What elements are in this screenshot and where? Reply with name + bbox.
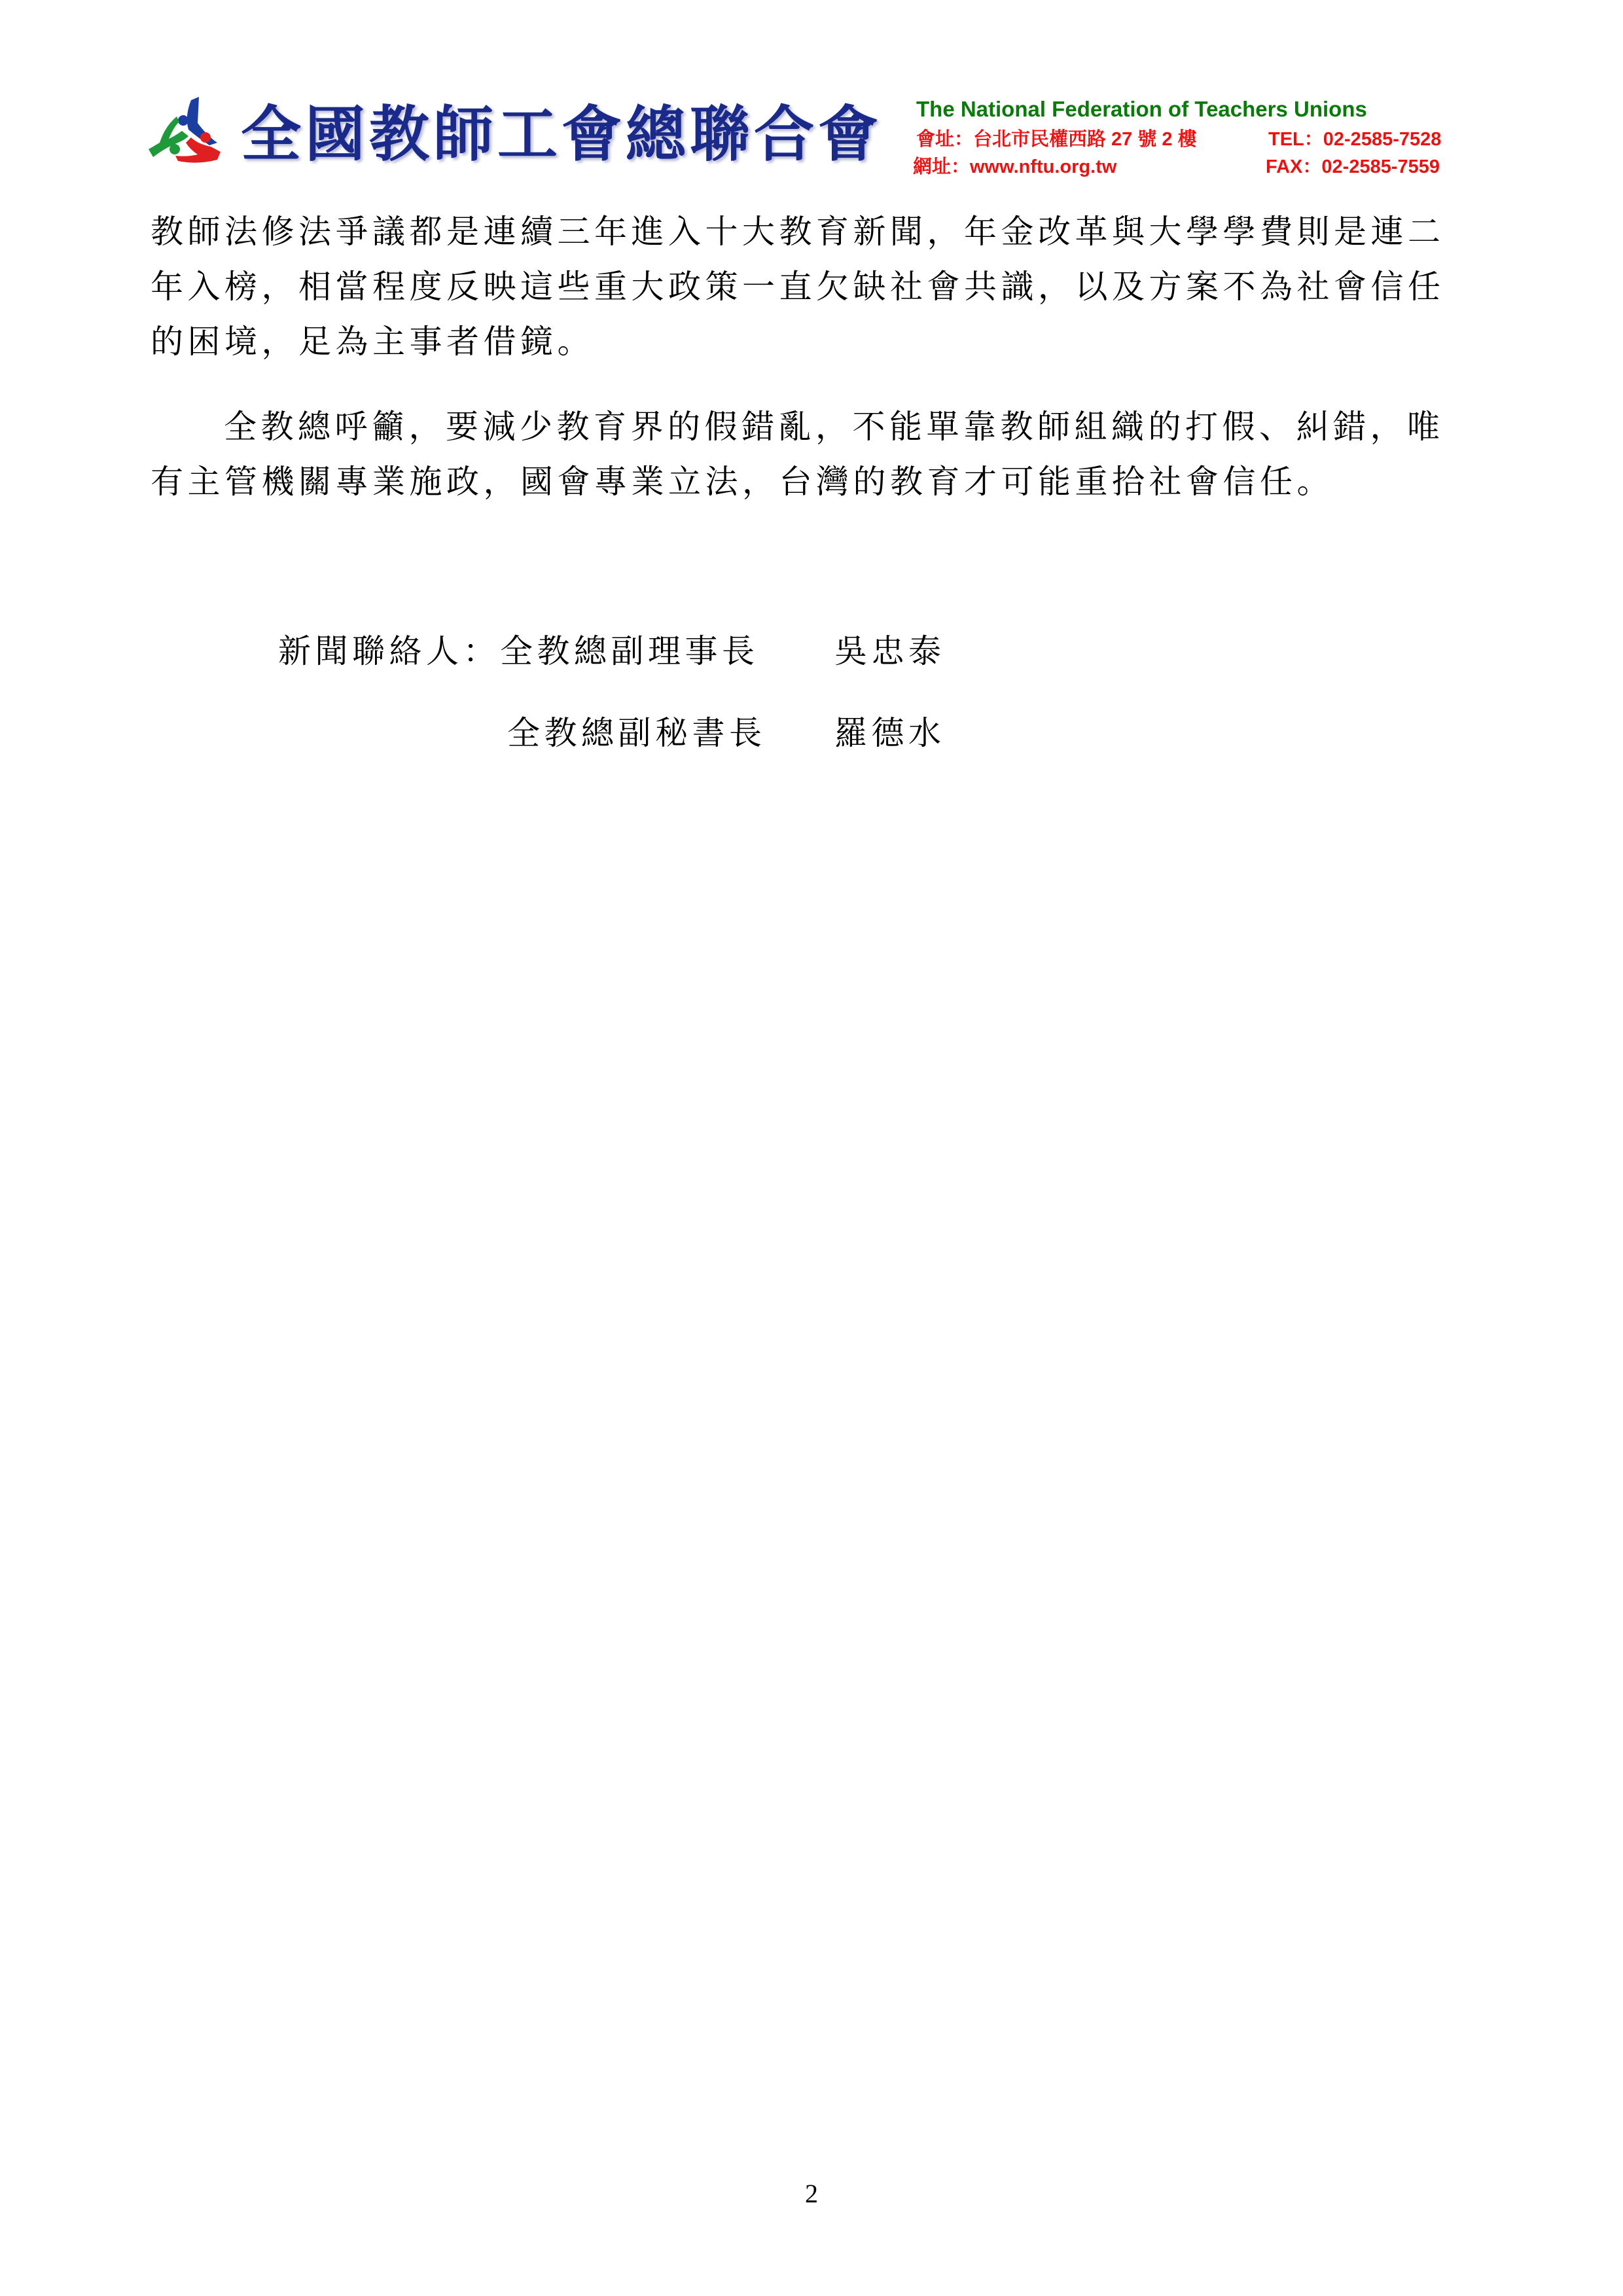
page-number: 2 [0,2178,1623,2209]
contact-row: 新聞聯絡人：全教總副理事長 [278,625,759,672]
org-name-zh: 全國教師工會總聯合會 [241,98,882,170]
letterhead: 全國教師工會總聯合會 The National Federation of Te… [0,0,1623,190]
contact-name: 羅德水 [834,707,946,754]
body-paragraph: 全教總呼籲，要減少教育界的假錯亂，不能單靠教師組織的打假、糾錯，唯有主管機關專業… [151,399,1479,509]
address: 會址：台北市民權西路 27 號 2 樓 [916,124,1197,151]
contact-title: 全教總副理事長 [500,632,759,670]
contact-label: 新聞聯絡人： [278,632,500,670]
three-figures-logo-icon [145,97,224,169]
fax: FAX：02-2585-7559 [1266,152,1440,179]
paragraph-text: 全教總呼籲，要減少教育界的假錯亂，不能單靠教師組織的打假、糾錯，唯有主管機關專業… [151,399,1479,509]
telephone: TEL：02-2585-7528 [1268,124,1441,151]
website-link[interactable]: 網址：www.nftu.org.tw [913,152,1116,179]
paragraph-text: 教師法修法爭議都是連續三年進入十大教育新聞，年金改革與大學學費則是連二年入榜，相… [151,204,1479,369]
contact-title: 全教總副秘書長 [507,707,766,754]
body-paragraph: 教師法修法爭議都是連續三年進入十大教育新聞，年金改革與大學學費則是連二年入榜，相… [151,204,1479,369]
org-name-en: The National Federation of Teachers Unio… [916,97,1367,122]
contact-name: 吳忠泰 [834,625,946,672]
